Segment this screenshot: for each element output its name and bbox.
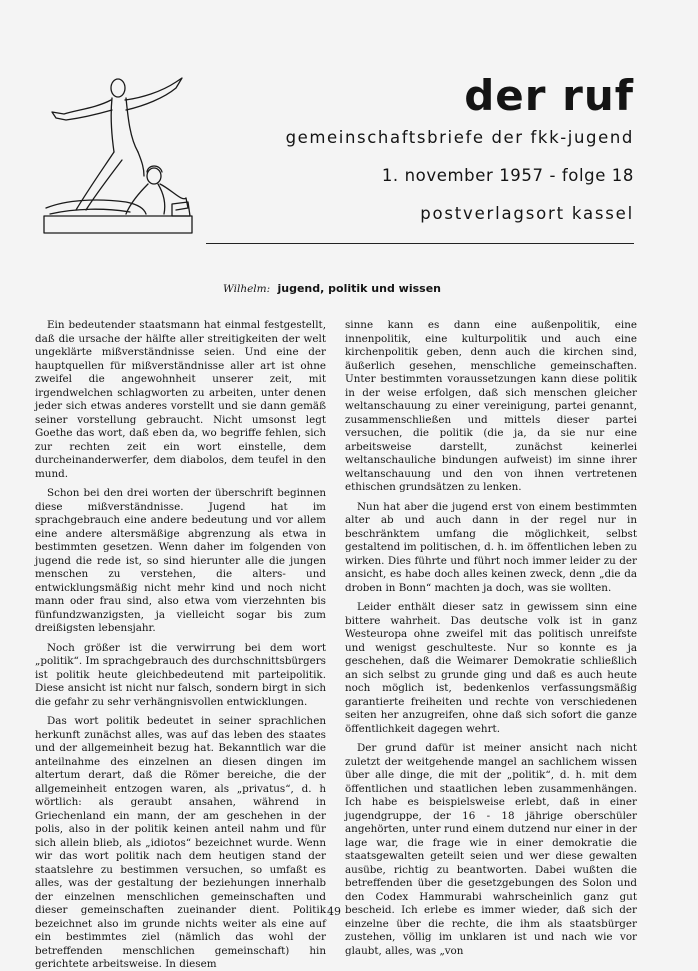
issue-date: 1. november 1957 - folge 18 bbox=[286, 166, 634, 186]
right-column: sinne kann es dann eine außenpolitik, ei… bbox=[345, 319, 637, 964]
paragraph: Schon bei den drei worten der überschrif… bbox=[35, 487, 326, 636]
publication-title: der ruf bbox=[286, 74, 634, 118]
article-title: jugend, politik und wissen bbox=[278, 282, 441, 295]
sculpture-illustration bbox=[26, 48, 206, 240]
paragraph: sinne kann es dann eine außenpolitik, ei… bbox=[345, 319, 637, 495]
paragraph: Das wort politik bedeutet in seiner spra… bbox=[35, 715, 326, 971]
left-column: Ein bedeutender staatsmann hat einmal fe… bbox=[35, 319, 326, 971]
header-divider bbox=[206, 243, 634, 244]
postal-place: postverlagsort kassel bbox=[286, 204, 634, 224]
paragraph: Noch größer ist die verwirrung bei dem w… bbox=[35, 642, 326, 710]
article-headline: Wilhelm: jugend, politik und wissen bbox=[223, 282, 441, 295]
publication-subtitle: gemeinschaftsbriefe der fkk-jugend bbox=[286, 128, 634, 148]
paragraph: Ein bedeutender staatsmann hat einmal fe… bbox=[35, 319, 326, 481]
paragraph: Nun hat aber die jugend erst von einem b… bbox=[345, 501, 637, 596]
page-number: 49 bbox=[327, 905, 341, 918]
article-author: Wilhelm: bbox=[223, 283, 270, 295]
paragraph: Der grund dafür ist meiner ansicht nach … bbox=[345, 742, 637, 958]
paragraph: Leider enthält dieser satz in gewissem s… bbox=[345, 601, 637, 736]
masthead: der ruf gemeinschaftsbriefe der fkk-juge… bbox=[286, 74, 634, 224]
